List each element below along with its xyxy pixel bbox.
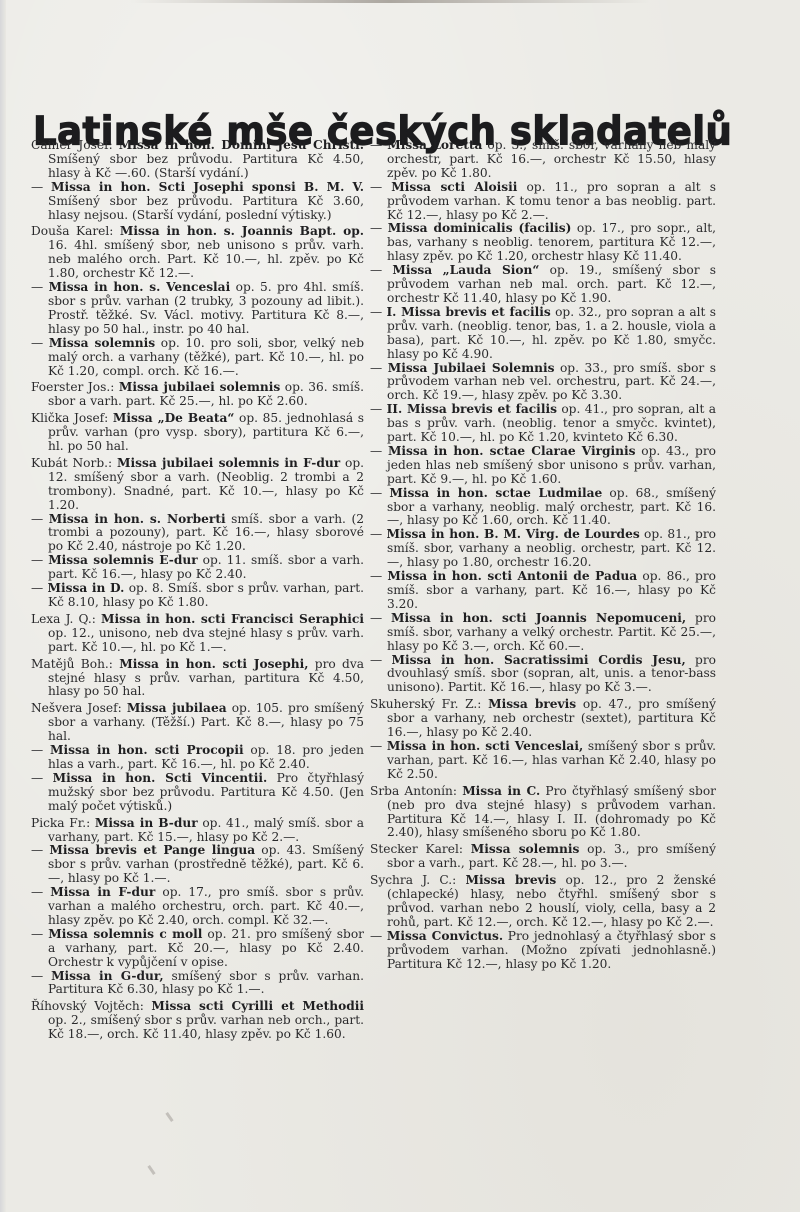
entry-author: — xyxy=(31,927,48,941)
entry-work-title: Missa jubilaei solemnis xyxy=(119,380,280,394)
entry-work-title: Missa in hon. scti Josephi, xyxy=(119,657,308,671)
entry-work-title: Missa solemnis xyxy=(49,336,155,350)
catalog-entry-continuation: — Missa in hon. Scti Josephi sponsi B. M… xyxy=(31,181,364,223)
entry-work-title: Missa in hon. sctae Ludmilae xyxy=(389,486,602,500)
entry-author: — xyxy=(370,180,391,194)
catalog-entry-continuation: — Missa in hon. s. Norberti smíš. sbor a… xyxy=(31,513,364,555)
entry-author: — xyxy=(31,280,49,294)
catalog-entry-continuation: — Missa in hon. scti Joannis Nepomuceni,… xyxy=(370,612,716,654)
entry-work-title: Missa in hon. scti Joannis Nepomuceni, xyxy=(391,611,686,625)
catalog-entry-continuation: — Missa Convictus. Pro jednohlasý a čtyř… xyxy=(370,930,716,972)
entry-author: — xyxy=(31,581,47,595)
catalog-entry-continuation: — Missa in hon. B. M. Virg. de Lourdes o… xyxy=(370,528,716,570)
entry-description: op. 12., unisono, neb dva stejné hlasy s… xyxy=(48,626,364,654)
entry-author: — xyxy=(31,553,48,567)
entry-author: Srba Antonín: xyxy=(370,784,462,798)
entry-work-title: Missa solemnis xyxy=(471,842,580,856)
entry-author: — xyxy=(370,739,387,753)
catalog-entry-author: Picka Fr.: Missa in B-dur op. 41., malý … xyxy=(31,817,364,845)
entry-description: op. 2., smíšený sbor s prův. varhan neb … xyxy=(48,1013,364,1041)
paper-blemish xyxy=(147,1165,155,1175)
entry-work-title: Missa in hon. scti Venceslai, xyxy=(387,739,583,753)
entry-author: Matějů Boh.: xyxy=(31,657,119,671)
entry-description: Smíšený sbor bez průvodu. Partitura Kč 4… xyxy=(48,152,364,180)
entry-author: Douša Karel: xyxy=(31,224,120,238)
entry-work-title: Missa in G-dur, xyxy=(51,969,164,983)
entry-work-title: Missa solemnis E-dur xyxy=(48,553,197,567)
entry-work-title: Missa in C. xyxy=(462,784,540,798)
entry-author: Nešvera Josef: xyxy=(31,701,127,715)
catalog-entry-continuation: — Missa solemnis E-dur op. 11. smíš. sbo… xyxy=(31,554,364,582)
entry-work-title: Missa Loretta xyxy=(387,138,482,152)
catalog-column-left: Cainer Josef: Missa in hon. Domini Jesu … xyxy=(31,139,364,1042)
catalog-entry-author: Foerster Jos.: Missa jubilaei solemnis o… xyxy=(31,381,364,409)
entry-work-title: Missa „De Beata“ xyxy=(113,411,235,425)
entry-work-title: Missa in hon. scti Antonii de Padua xyxy=(387,569,637,583)
entry-author: — xyxy=(370,402,387,416)
entry-work-title: I. Missa brevis et facilis xyxy=(386,305,550,319)
entry-work-title: Missa „Lauda Sion“ xyxy=(392,263,539,277)
entry-work-title: Missa in B-dur xyxy=(95,816,198,830)
catalog-entry-continuation: — I. Missa brevis et facilis op. 32., pr… xyxy=(370,306,716,362)
catalog-entry-author: Sychra J. C.: Missa brevis op. 12., pro … xyxy=(370,874,716,930)
page-edge-shadow xyxy=(0,0,6,1212)
entry-work-title: Missa in D. xyxy=(47,581,124,595)
catalog-entry-continuation: — Missa in hon. Sacratissimi Cordis Jesu… xyxy=(370,654,716,696)
entry-work-title: Missa in hon. scti Procopii xyxy=(50,743,244,757)
catalog-entry-author: Říhovský Vojtěch: Missa scti Cyrilli et … xyxy=(31,1000,364,1042)
entry-author: — xyxy=(370,929,387,943)
catalog-entry-continuation: — Missa in hon. Scti Vincentii. Pro čtyř… xyxy=(31,772,364,814)
catalog-entry-continuation: — Missa Jubilaei Solemnis op. 33., pro s… xyxy=(370,362,716,404)
catalog-entry-continuation: — Missa in hon. sctae Clarae Virginis op… xyxy=(370,445,716,487)
catalog-entry-continuation: — Missa „Lauda Sion“ op. 19., smíšený sb… xyxy=(370,264,716,306)
entry-work-title: Missa Jubilaei Solemnis xyxy=(388,361,555,375)
entry-description: 16. 4hl. smíšený sbor, neb unisono s prů… xyxy=(48,238,364,280)
catalog-entry-author: Douša Karel: Missa in hon. s. Joannis Ba… xyxy=(31,225,364,281)
catalog-entry-continuation: — Missa in hon. sctae Ludmilae op. 68., … xyxy=(370,487,716,529)
catalog-entry-continuation: — Missa in hon. scti Procopii op. 18. pr… xyxy=(31,744,364,772)
entry-author: — xyxy=(370,444,388,458)
entry-author: — xyxy=(370,263,392,277)
entry-author: Cainer Josef: xyxy=(31,138,119,152)
catalog-entry-author: Cainer Josef: Missa in hon. Domini Jesu … xyxy=(31,139,364,181)
entry-work-title: Missa brevis et Pange lingua xyxy=(49,843,255,857)
entry-author: — xyxy=(370,486,389,500)
entry-work-title: Missa scti Aloisii xyxy=(391,180,517,194)
entry-author: Lexa J. Q.: xyxy=(31,612,101,626)
entry-author: — xyxy=(370,305,386,319)
catalog-entry-continuation: — Missa brevis et Pange lingua op. 43. S… xyxy=(31,844,364,886)
entry-work-title: Missa Convictus. xyxy=(387,929,503,943)
entry-author: Foerster Jos.: xyxy=(31,380,119,394)
entry-author: Skuherský Fr. Z.: xyxy=(370,697,488,711)
entry-author: — xyxy=(370,361,388,375)
catalog-entry-continuation: — Missa solemnis op. 10. pro soli, sbor,… xyxy=(31,337,364,379)
entry-work-title: Missa in hon. Domini Jesu Christi. xyxy=(119,138,364,152)
catalog-entry-continuation: — Missa Loretta op. 3., smíš. sbor, varh… xyxy=(370,139,716,181)
entry-work-title: Missa in hon. B. M. Virg. de Lourdes xyxy=(387,527,640,541)
entry-work-title: Missa in hon. Sacratissimi Cordis Jesu, xyxy=(392,653,686,667)
entry-work-title: Missa in hon. sctae Clarae Virginis xyxy=(388,444,636,458)
entry-author: Picka Fr.: xyxy=(31,816,95,830)
entry-author: — xyxy=(370,527,387,541)
entry-author: — xyxy=(370,221,388,235)
entry-work-title: Missa in F-dur xyxy=(50,885,155,899)
catalog-entry-continuation: — Missa in F-dur op. 17., pro smíš. sbor… xyxy=(31,886,364,928)
entry-author: Říhovský Vojtěch: xyxy=(31,999,151,1013)
entry-author: — xyxy=(31,843,49,857)
entry-author: — xyxy=(31,512,49,526)
entry-work-title: Missa in hon. s. Venceslai xyxy=(49,280,231,294)
catalog-entry-author: Stecker Karel: Missa solemnis op. 3., pr… xyxy=(370,843,716,871)
page-top-edge xyxy=(130,0,650,3)
entry-author: — xyxy=(31,180,51,194)
catalog-entry-author: Klička Josef: Missa „De Beata“ op. 85. j… xyxy=(31,412,364,454)
entry-author: — xyxy=(31,885,50,899)
entry-author: — xyxy=(31,771,53,785)
entry-author: — xyxy=(31,969,51,983)
paper-blemish xyxy=(165,1112,173,1122)
catalog-entry-author: Lexa J. Q.: Missa in hon. scti Francisci… xyxy=(31,613,364,655)
entry-author: Klička Josef: xyxy=(31,411,113,425)
entry-work-title: II. Missa brevis et facilis xyxy=(387,402,557,416)
entry-work-title: Missa scti Cyrilli et Methodii xyxy=(151,999,364,1013)
entry-work-title: Missa jubilaei solemnis in F-dur xyxy=(117,456,340,470)
entry-work-title: Missa brevis xyxy=(488,697,576,711)
catalog-entry-continuation: — Missa in hon. scti Antonii de Padua op… xyxy=(370,570,716,612)
catalog-entry-author: Kubát Norb.: Missa jubilaei solemnis in … xyxy=(31,457,364,513)
catalog-entry-continuation: — Missa in hon. s. Venceslai op. 5. pro … xyxy=(31,281,364,337)
entry-work-title: Missa dominicalis (facilis) xyxy=(388,221,572,235)
catalog-entry-author: Nešvera Josef: Missa jubilaea op. 105. p… xyxy=(31,702,364,744)
scanned-page: Latinské mše českých skladatelů Cainer J… xyxy=(0,0,800,1212)
entry-author: — xyxy=(31,336,49,350)
entry-author: — xyxy=(370,569,387,583)
catalog-entry-continuation: — Missa dominicalis (facilis) op. 17., p… xyxy=(370,222,716,264)
entry-work-title: Missa brevis xyxy=(466,873,557,887)
entry-work-title: Missa jubilaea xyxy=(127,701,227,715)
entry-work-title: Missa in hon. s. Norberti xyxy=(49,512,226,526)
catalog-entry-author: Srba Antonín: Missa in C. Pro čtyřhlasý … xyxy=(370,785,716,841)
entry-work-title: Missa in hon. s. Joannis Bapt. op. xyxy=(120,224,364,238)
entry-work-title: Missa in hon. Scti Vincentii. xyxy=(53,771,268,785)
catalog-entry-continuation: — Missa in hon. scti Venceslai, smíšený … xyxy=(370,740,716,782)
catalog-entry-continuation: — Missa solemnis c moll op. 21. pro smíš… xyxy=(31,928,364,970)
catalog-entry-continuation: — Missa in G-dur, smíšený sbor s prův. v… xyxy=(31,970,364,998)
entry-author: Kubát Norb.: xyxy=(31,456,117,470)
entry-work-title: Missa in hon. scti Francisci Seraphici xyxy=(101,612,364,626)
catalog-entry-author: Skuherský Fr. Z.: Missa brevis op. 47., … xyxy=(370,698,716,740)
entry-author: — xyxy=(370,138,387,152)
entry-work-title: Missa solemnis c moll xyxy=(48,927,202,941)
catalog-entry-continuation: — Missa scti Aloisii op. 11., pro sopran… xyxy=(370,181,716,223)
catalog-entry-continuation: — II. Missa brevis et facilis op. 41., p… xyxy=(370,403,716,445)
catalog-entry-author: Matějů Boh.: Missa in hon. scti Josephi,… xyxy=(31,658,364,700)
catalog-column-right: — Missa Loretta op. 3., smíš. sbor, varh… xyxy=(370,139,716,971)
catalog-entry-continuation: — Missa in D. op. 8. Smíš. sbor s prův. … xyxy=(31,582,364,610)
entry-author: — xyxy=(31,743,50,757)
entry-description: Smíšený sbor bez průvodu. Partitura Kč 3… xyxy=(48,194,364,222)
entry-author: Stecker Karel: xyxy=(370,842,471,856)
entry-author: — xyxy=(370,611,391,625)
entry-work-title: Missa in hon. Scti Josephi sponsi B. M. … xyxy=(51,180,364,194)
entry-author: — xyxy=(370,653,392,667)
entry-author: Sychra J. C.: xyxy=(370,873,466,887)
